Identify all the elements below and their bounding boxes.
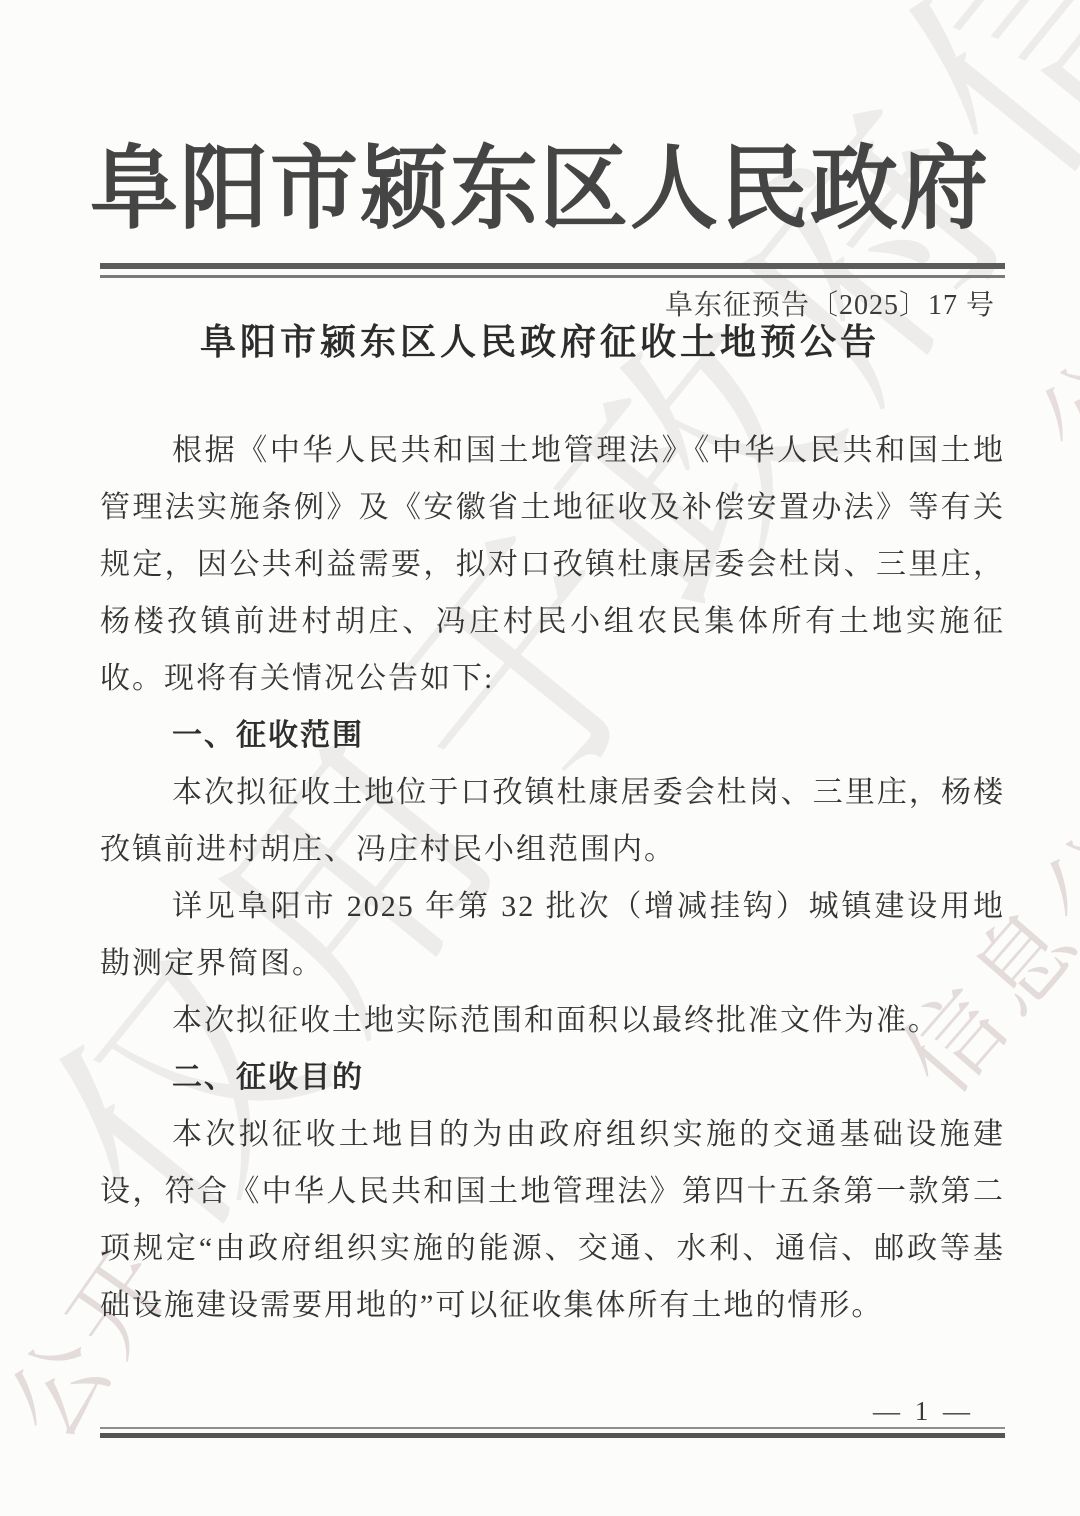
body-paragraph-scope-map: 详见阜阳市 2025 年第 32 批次（增减挂钩）城镇建设用地勘测定界简图。 bbox=[100, 878, 1005, 992]
document-content: 阜阳市颍东区人民政府 阜东征预告〔2025〕17 号 阜阳市颍东区人民政府征收土… bbox=[0, 0, 1080, 1516]
masthead-rule-top bbox=[100, 263, 1005, 269]
footer-rule-bottom bbox=[100, 1433, 1005, 1438]
body-paragraph-intro: 根据《中华人民共和国土地管理法》《中华人民共和国土地管理法实施条例》及《安徽省土… bbox=[100, 422, 1005, 707]
announcement-title: 阜阳市颍东区人民政府征收土地预公告 bbox=[0, 320, 1080, 364]
document-page: 仅用于政府信息公开 信息公开 公开 公开 阜阳市颍东区人民政府 阜东征预告〔20… bbox=[0, 0, 1080, 1516]
body-paragraph-scope-location: 本次拟征收土地位于口孜镇杜康居委会杜岗、三里庄，杨楼孜镇前进村胡庄、冯庄村民小组… bbox=[100, 764, 1005, 878]
agency-masthead-title: 阜阳市颍东区人民政府 bbox=[0, 136, 1080, 246]
document-number: 阜东征预告〔2025〕17 号 bbox=[665, 283, 995, 323]
masthead-rule-bottom bbox=[100, 275, 1005, 278]
section-heading-purpose: 二、征收目的 bbox=[100, 1049, 1005, 1106]
page-number: — 1 — bbox=[873, 1396, 974, 1427]
document-body: 根据《中华人民共和国土地管理法》《中华人民共和国土地管理法实施条例》及《安徽省土… bbox=[100, 422, 1005, 1334]
body-paragraph-purpose: 本次拟征收土地目的为由政府组织实施的交通基础设施建设，符合《中华人民共和国土地管… bbox=[100, 1106, 1005, 1334]
section-heading-scope: 一、征收范围 bbox=[100, 707, 1005, 764]
body-paragraph-scope-final: 本次拟征收土地实际范围和面积以最终批准文件为准。 bbox=[100, 992, 1005, 1049]
footer-rule-top bbox=[100, 1427, 1005, 1429]
